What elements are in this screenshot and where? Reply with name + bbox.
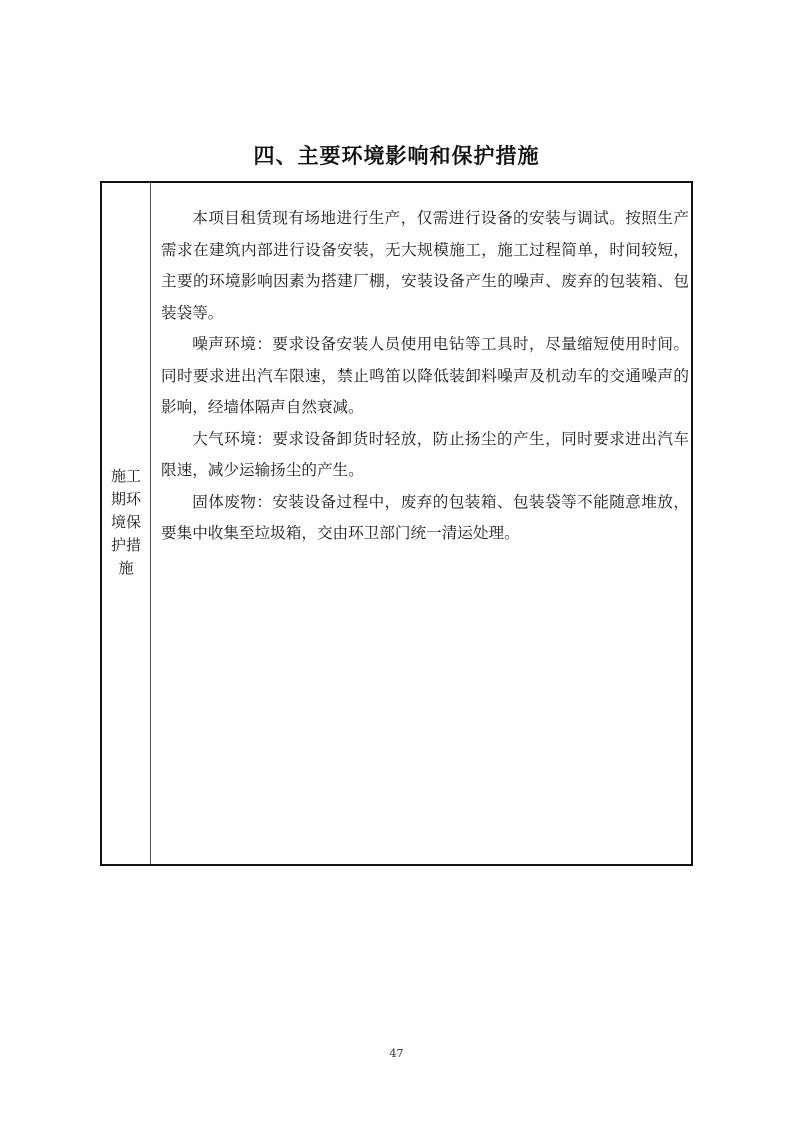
paragraph-noise: 噪声环境：要求设备安装人员使用电钻等工具时，尽量缩短使用时间。同时要求进出汽车限… xyxy=(161,329,689,424)
measures-table: 施工期环境保护措施 本项目租赁现有场地进行生产，仅需进行设备的安装与调试。按照生… xyxy=(100,181,693,866)
row-label: 施工期环境保护措施 xyxy=(110,465,142,580)
paragraph-air: 大气环境：要求设备卸货时轻放，防止扬尘的产生，同时要求进出汽车限速，减少运输扬尘… xyxy=(161,424,689,487)
page-number: 47 xyxy=(0,1047,793,1060)
content-cell: 本项目租赁现有场地进行生产，仅需进行设备的安装与调试。按照生产需求在建筑内部进行… xyxy=(161,203,689,550)
paragraph-overview: 本项目租赁现有场地进行生产，仅需进行设备的安装与调试。按照生产需求在建筑内部进行… xyxy=(161,203,689,329)
row-label-cell: 施工期环境保护措施 xyxy=(102,183,150,864)
paragraph-solid-waste: 固体废物：安装设备过程中，废弃的包装箱、包装袋等不能随意堆放，要集中收集至垃圾箱… xyxy=(161,487,689,550)
column-divider xyxy=(150,183,151,864)
section-title: 四、主要环境影响和保护措施 xyxy=(0,140,793,170)
